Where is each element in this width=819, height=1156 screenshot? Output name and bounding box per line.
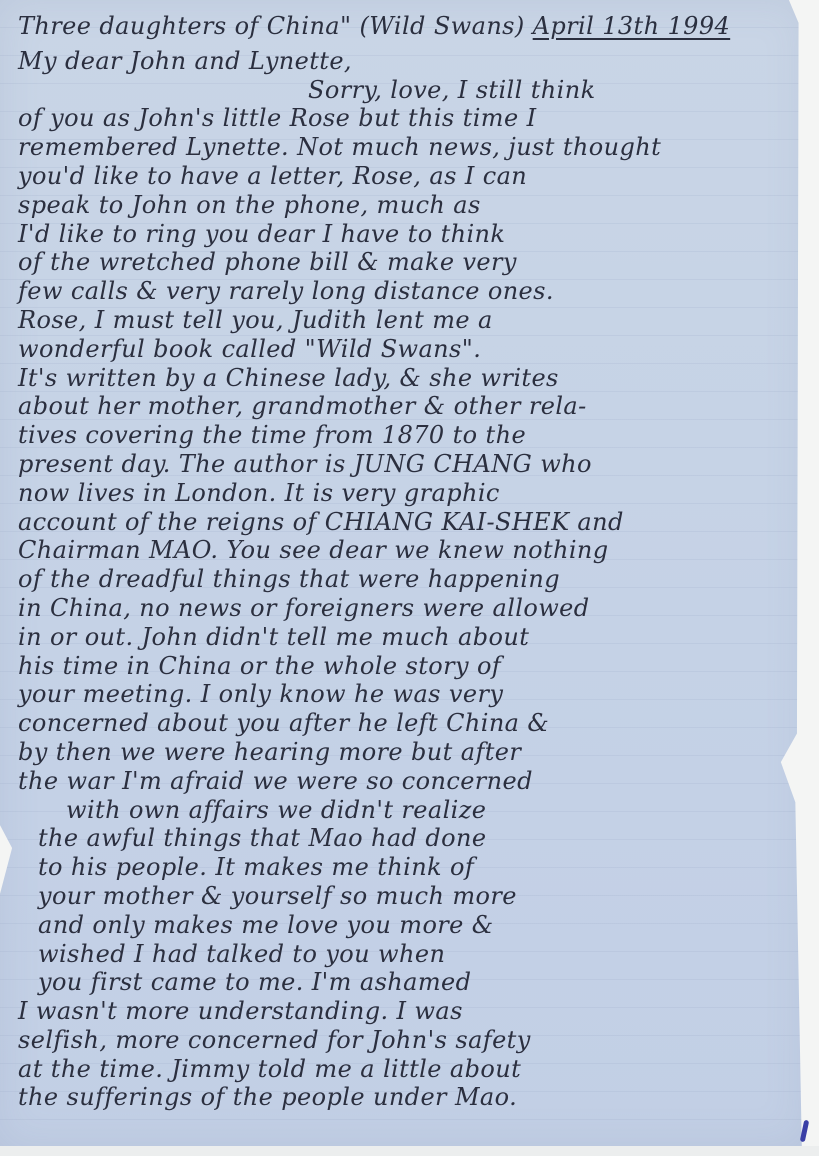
letter-line: your meeting. I only know he was very [18, 680, 788, 709]
letter-heading: Three daughters of China" (Wild Swans) A… [18, 12, 788, 41]
letter-line: Sorry, love, I still think [18, 76, 788, 105]
letter-line: Chairman MAO. You see dear we knew nothi… [18, 536, 788, 565]
letter-line: of you as John's little Rose but this ti… [18, 104, 788, 133]
letter-line: you'd like to have a letter, Rose, as I … [18, 162, 788, 191]
letter-line: about her mother, grandmother & other re… [18, 392, 788, 421]
letter-line: I'd like to ring you dear I have to thin… [18, 220, 788, 249]
letter-line: by then we were hearing more but after [18, 738, 788, 767]
letter-line: with own affairs we didn't realize [18, 796, 788, 825]
letter-line: in China, no news or foreigners were all… [18, 594, 788, 623]
greeting-text: My dear John and Lynette, [18, 47, 352, 75]
letter-line: to his people. It makes me think of [18, 853, 788, 882]
letter-line: the sufferings of the people under Mao. [18, 1083, 788, 1112]
letter-line: few calls & very rarely long distance on… [18, 277, 788, 306]
letter-line: of the wretched phone bill & make very [18, 248, 788, 277]
letter-date: April 13th 1994 [533, 12, 731, 41]
letter-line: I wasn't more understanding. I was [18, 997, 788, 1026]
letter-line: of the dreadful things that were happeni… [18, 565, 788, 594]
letter-line: concerned about you after he left China … [18, 709, 788, 738]
letter-line: wonderful book called "Wild Swans". [18, 335, 788, 364]
letter-line: present day. The author is JUNG CHANG wh… [18, 450, 788, 479]
letter-line: account of the reigns of CHIANG KAI-SHEK… [18, 508, 788, 537]
letter-line: you first came to me. I'm ashamed [18, 968, 788, 997]
letter-line: wished I had talked to you when [18, 940, 788, 969]
letter-line: Rose, I must tell you, Judith lent me a [18, 306, 788, 335]
letter-line: now lives in London. It is very graphic [18, 479, 788, 508]
letter-line: remembered Lynette. Not much news, just … [18, 133, 788, 162]
letter-greeting: My dear John and Lynette, [18, 47, 788, 76]
letter-line: his time in China or the whole story of [18, 652, 788, 681]
letter-line: at the time. Jimmy told me a little abou… [18, 1055, 788, 1084]
letter-line: speak to John on the phone, much as [18, 191, 788, 220]
letter-line: in or out. John didn't tell me much abou… [18, 623, 788, 652]
letter-line: It's written by a Chinese lady, & she wr… [18, 364, 788, 393]
letter-line: selfish, more concerned for John's safet… [18, 1026, 788, 1055]
scan-background [0, 1146, 819, 1156]
letter-line: and only makes me love you more & [18, 911, 788, 940]
letter-line: tives covering the time from 1870 to the [18, 421, 788, 450]
letter-line: the awful things that Mao had done [18, 824, 788, 853]
letter-title: Three daughters of China" (Wild Swans) [18, 12, 525, 41]
letter-line: your mother & yourself so much more [18, 882, 788, 911]
letter-line: the war I'm afraid we were so concerned [18, 767, 788, 796]
letter-body: Three daughters of China" (Wild Swans) A… [18, 12, 788, 1112]
